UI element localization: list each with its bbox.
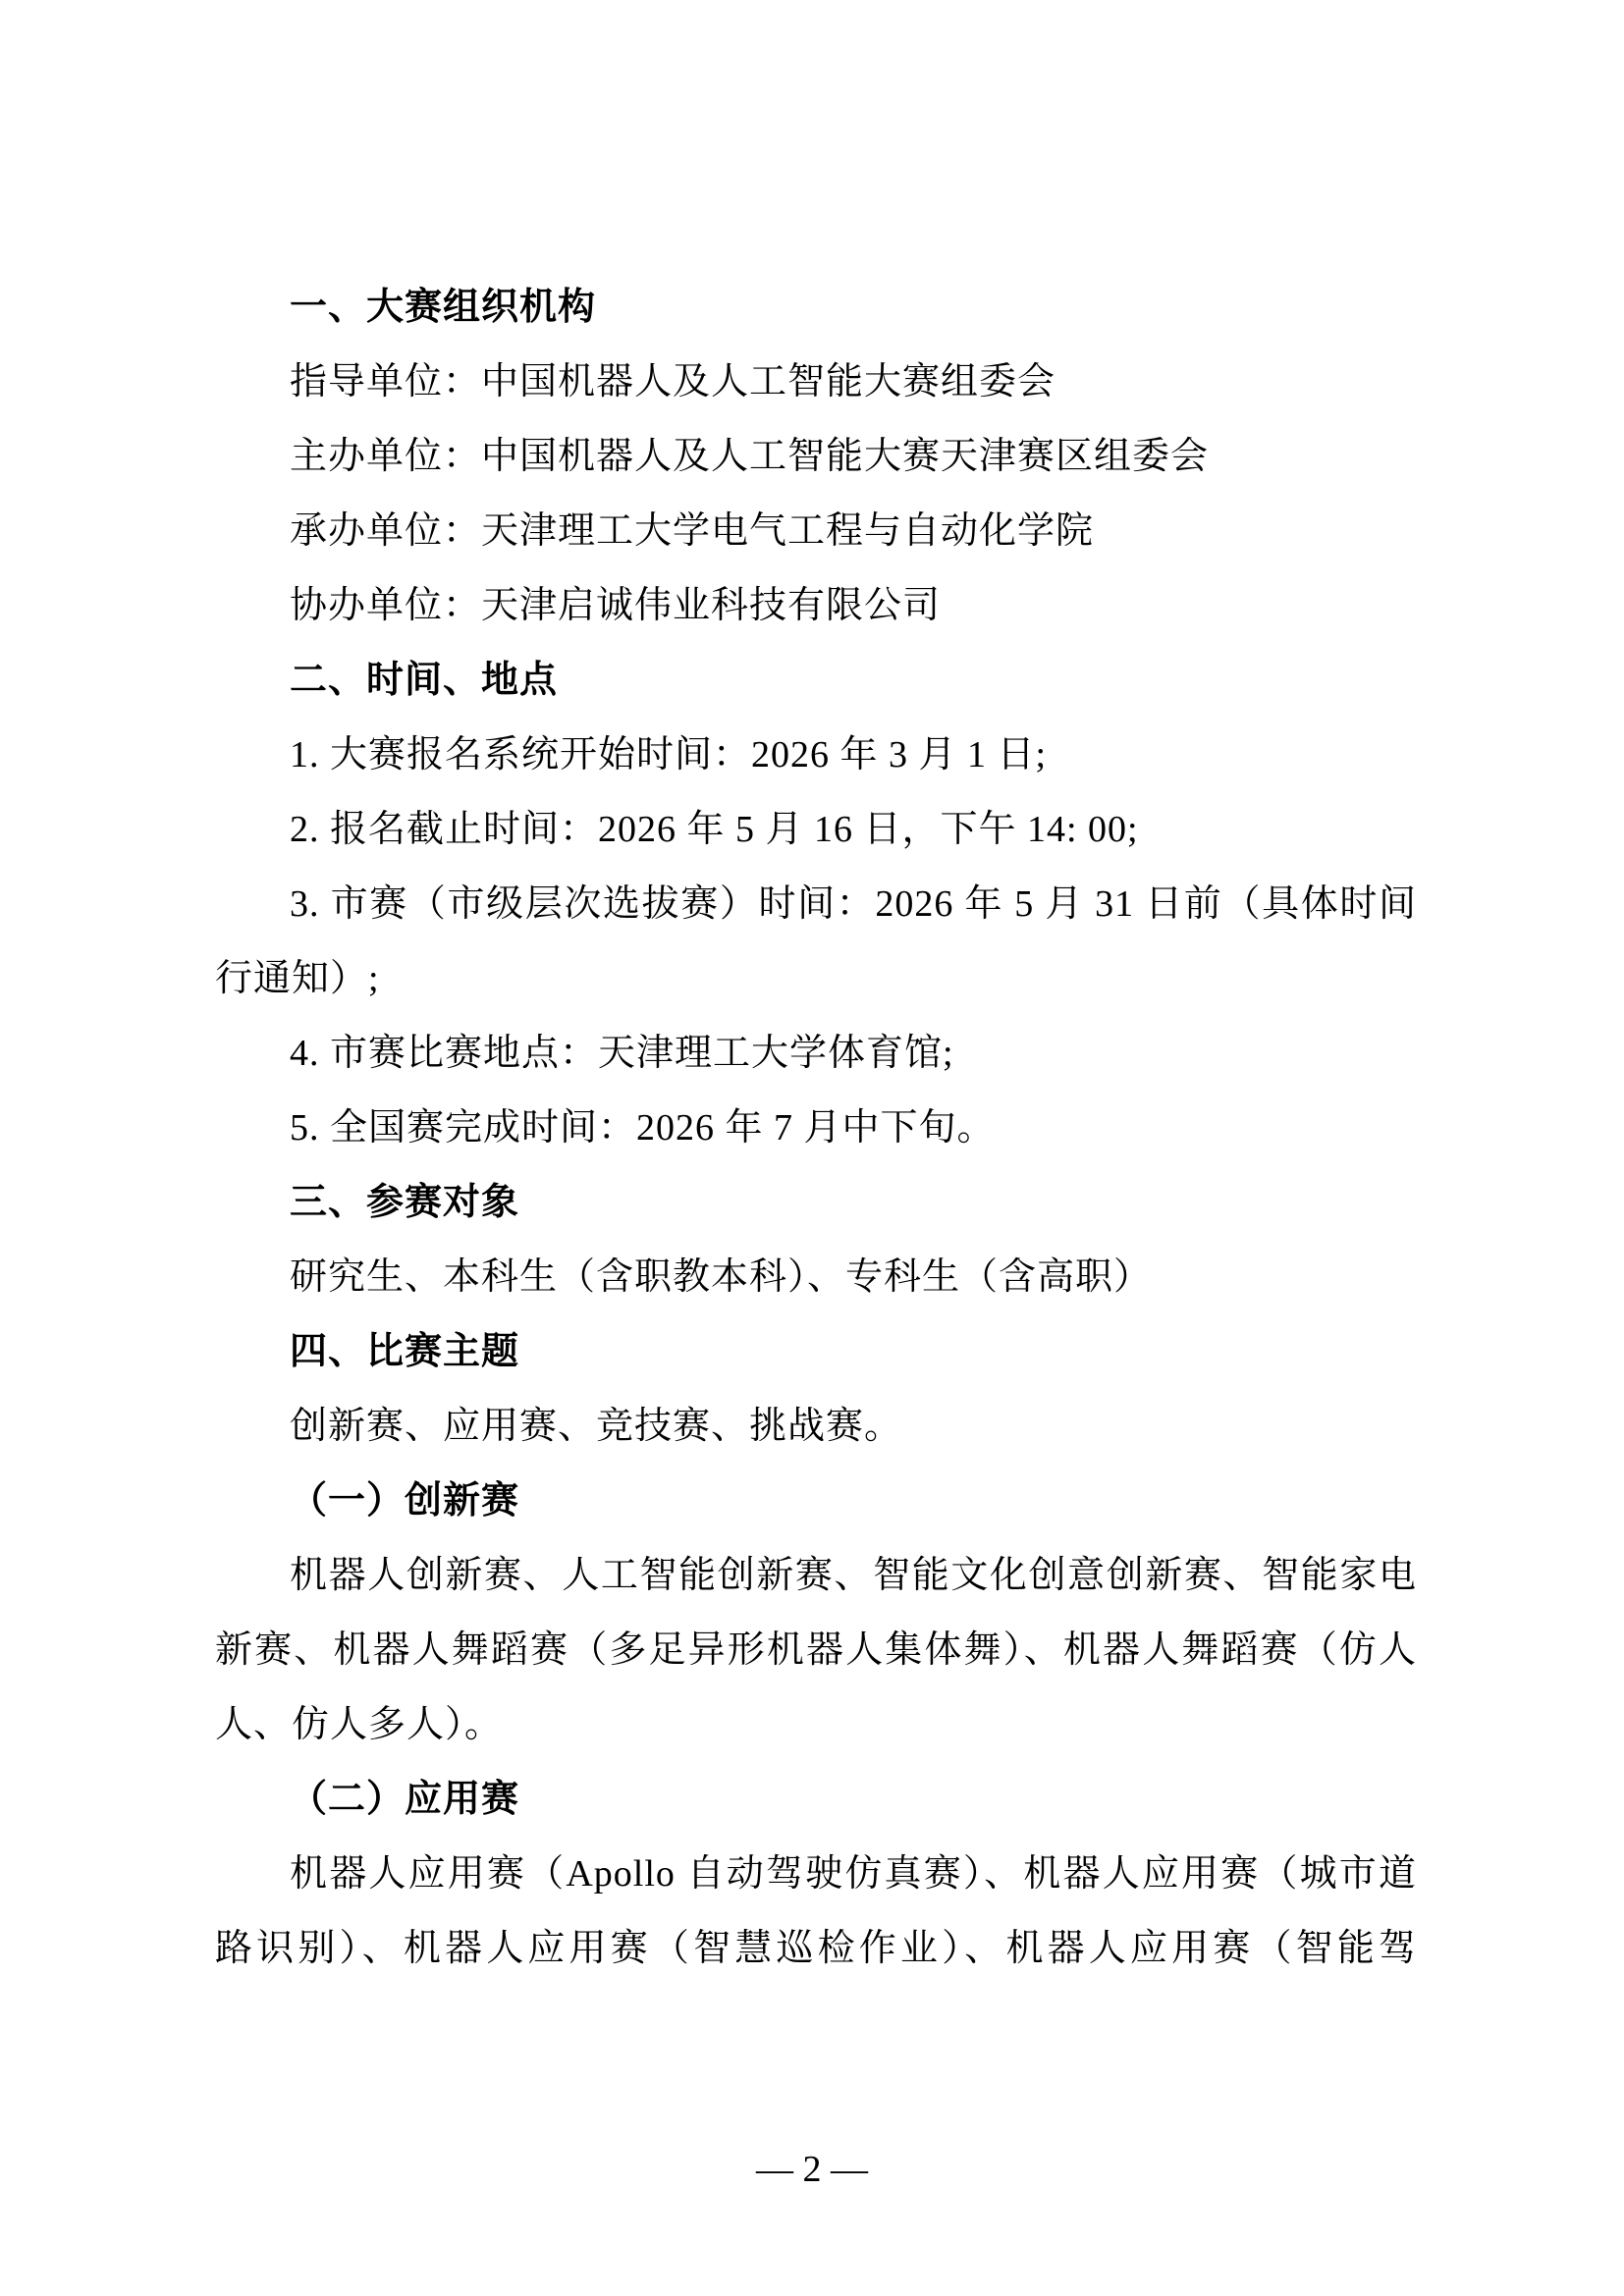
page-number: — 2 — — [756, 2149, 868, 2190]
text-line: 路识别）、机器人应用赛（智慧巡检作业）、机器人应用赛（智能驾驶）、 — [215, 1911, 1417, 1986]
page-footer: — 2 — — [0, 2132, 1624, 2207]
text-line: 新赛、机器人舞蹈赛（多足异形机器人集体舞）、机器人舞蹈赛（仿人单 — [215, 1613, 1417, 1687]
text-line: 指导单位：中国机器人及人工智能大赛组委会 — [215, 345, 1417, 419]
text-line: 人、仿人多人）。 — [215, 1687, 1417, 1762]
text-line: 3. 市赛（市级层次选拔赛）时间：2026 年 5 月 31 日前（具体时间另 — [215, 867, 1417, 941]
text-line: 创新赛、应用赛、竞技赛、挑战赛。 — [215, 1389, 1417, 1464]
text-line: 机器人应用赛（Apollo 自动驾驶仿真赛）、机器人应用赛（城市道 — [215, 1837, 1417, 1911]
text-line: 行通知）; — [215, 941, 1417, 1016]
document-page: 一、大赛组织机构指导单位：中国机器人及人工智能大赛组委会主办单位：中国机器人及人… — [0, 0, 1624, 2296]
section-heading: 三、参赛对象 — [215, 1165, 1417, 1240]
text-line: 机器人创新赛、人工智能创新赛、智能文化创意创新赛、智能家电创 — [215, 1538, 1417, 1613]
text-line: 承办单位：天津理工大学电气工程与自动化学院 — [215, 494, 1417, 568]
text-line: 2. 报名截止时间：2026 年 5 月 16 日，下午 14: 00; — [215, 792, 1417, 867]
text-line: 协办单位：天津启诚伟业科技有限公司 — [215, 568, 1417, 643]
section-heading: 二、时间、地点 — [215, 643, 1417, 718]
text-line: 5. 全国赛完成时间：2026 年 7 月中下旬。 — [215, 1091, 1417, 1165]
text-line: 研究生、本科生（含职教本科）、专科生（含高职） — [215, 1240, 1417, 1314]
document-body: 一、大赛组织机构指导单位：中国机器人及人工智能大赛组委会主办单位：中国机器人及人… — [215, 270, 1417, 1986]
text-line: 1. 大赛报名系统开始时间：2026 年 3 月 1 日; — [215, 718, 1417, 792]
text-line: 主办单位：中国机器人及人工智能大赛天津赛区组委会 — [215, 419, 1417, 494]
section-heading: （二）应用赛 — [215, 1762, 1417, 1837]
text-line: 4. 市赛比赛地点：天津理工大学体育馆; — [215, 1016, 1417, 1091]
section-heading: 四、比赛主题 — [215, 1314, 1417, 1389]
section-heading: 一、大赛组织机构 — [215, 270, 1417, 345]
section-heading: （一）创新赛 — [215, 1464, 1417, 1538]
